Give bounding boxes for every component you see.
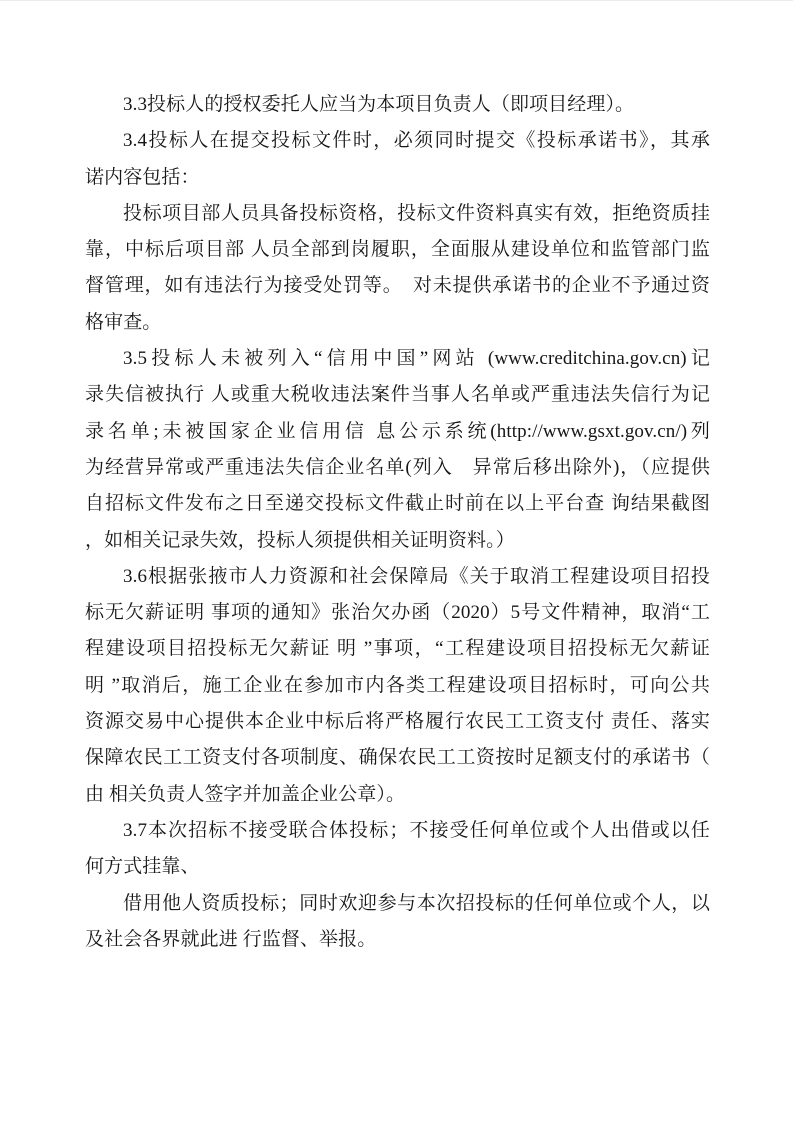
text-line: 3.7本次招标不接受联合体投标；不接受任何单位或个人出借或以任 bbox=[85, 813, 710, 849]
text-line: 靠，中标后项目部 人员全部到岗履职，全面服从建设单位和监管部门监 bbox=[85, 232, 710, 268]
text-line: 保障农民工工资支付各项制度、确保农民工工资按时足额支付的承诺书（ bbox=[85, 740, 710, 776]
text-line: 自招标文件发布之日至递交投标文件截止时前在以上平台查 询结果截图 bbox=[85, 486, 710, 522]
text-line: 及社会各界就此进 行监督、举报。 bbox=[85, 922, 710, 958]
text-line: 督管理，如有违法行为接受处罚等。 对未提供承诺书的企业不予通过资 bbox=[85, 268, 710, 304]
paragraph-clause-3-4: 3.4投标人在提交投标文件时，必须同时提交《投标承诺书》，其承诺内容包括： bbox=[85, 123, 710, 196]
text-line: 3.5投标人未被列入“信用中国”网站 (www.creditchina.gov.… bbox=[85, 341, 710, 377]
text-line: ，如相关记录失效，投标人须提供相关证明资料。） bbox=[85, 523, 710, 559]
paragraph-clause-3-3: 3.3投标人的授权委托人应当为本项目负责人（即项目经理）。 bbox=[85, 87, 710, 123]
text-line: 格审查。 bbox=[85, 305, 710, 341]
text-line: 借用他人资质投标；同时欢迎参与本次招投标的任何单位或个人，以 bbox=[85, 886, 710, 922]
text-line: 明 ”取消后，施工企业在参加市内各类工程建设项目招标时，可向公共 bbox=[85, 668, 710, 704]
text-line: 3.6根据张掖市人力资源和社会保障局《关于取消工程建设项目招投 bbox=[85, 559, 710, 595]
text-line: 录名单;未被国家企业信用信 息公示系统(http://www.gsxt.gov.… bbox=[85, 414, 710, 450]
paragraph-clause-3-7-continued: 借用他人资质投标；同时欢迎参与本次招投标的任何单位或个人，以及社会各界就此进 行… bbox=[85, 886, 710, 959]
text-line: 资源交易中心提供本企业中标后将严格履行农民工工资支付 责任、落实 bbox=[85, 704, 710, 740]
text-line: 3.3投标人的授权委托人应当为本项目负责人（即项目经理）。 bbox=[85, 87, 710, 123]
text-line: 为经营异常或严重违法失信企业名单(列入 异常后移出除外)，（应提供 bbox=[85, 450, 710, 486]
text-line: 何方式挂靠、 bbox=[85, 849, 710, 885]
document-page: 3.3投标人的授权委托人应当为本项目负责人（即项目经理）。3.4投标人在提交投标… bbox=[0, 0, 793, 1122]
text-line: 3.4投标人在提交投标文件时，必须同时提交《投标承诺书》，其承 bbox=[85, 123, 710, 159]
text-line: 标无欠薪证明 事项的通知》张治欠办函（2020）5号文件精神，取消“工 bbox=[85, 595, 710, 631]
paragraph-clause-3-4-commitment: 投标项目部人员具备投标资格，投标文件资料真实有效，拒绝资质挂靠，中标后项目部 人… bbox=[85, 196, 710, 341]
text-line: 由 相关负责人签字并加盖企业公章）。 bbox=[85, 777, 710, 813]
paragraph-clause-3-6: 3.6根据张掖市人力资源和社会保障局《关于取消工程建设项目招投标无欠薪证明 事项… bbox=[85, 559, 710, 813]
text-line: 投标项目部人员具备投标资格，投标文件资料真实有效，拒绝资质挂 bbox=[85, 196, 710, 232]
page-content: 3.3投标人的授权委托人应当为本项目负责人（即项目经理）。3.4投标人在提交投标… bbox=[85, 87, 710, 958]
text-line: 诺内容包括： bbox=[85, 160, 710, 196]
paragraph-clause-3-5: 3.5投标人未被列入“信用中国”网站 (www.creditchina.gov.… bbox=[85, 341, 710, 559]
text-line: 程建设项目招投标无欠薪证 明 ”事项，“工程建设项目招投标无欠薪证 bbox=[85, 631, 710, 667]
paragraph-clause-3-7: 3.7本次招标不接受联合体投标；不接受任何单位或个人出借或以任何方式挂靠、 bbox=[85, 813, 710, 886]
text-line: 录失信被执行 人或重大税收违法案件当事人名单或严重违法失信行为记 bbox=[85, 377, 710, 413]
